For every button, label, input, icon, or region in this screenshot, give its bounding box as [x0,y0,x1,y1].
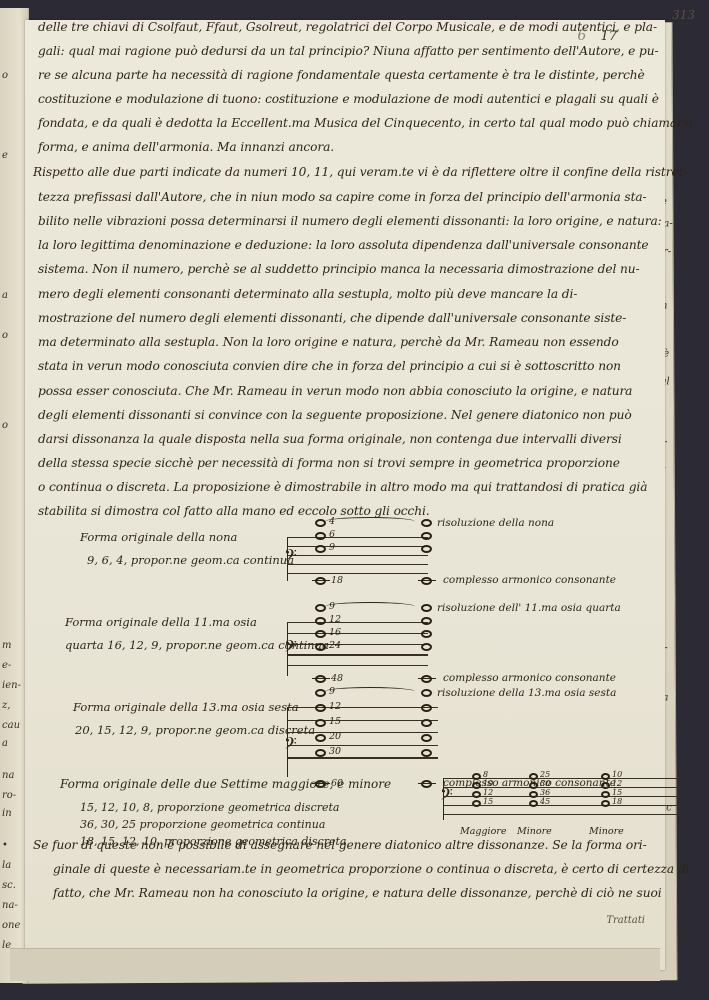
interval-number: 10 [483,779,493,788]
text-line: costituzione e modulazione di tuono: cos… [38,92,659,106]
interval-number: 12 [483,788,493,797]
text-line: stabilita si dimostra col fatto alla man… [38,504,430,518]
text-line: gali: qual mai ragione può dedursi da un… [38,44,658,58]
interval-number: 6 [329,529,335,540]
text-line: fatto, che Mr. Rameau non ha conosciuto … [53,886,662,900]
whole-note [315,617,326,625]
example-proportion: 9, 6, 4, propor.ne geom.ca continua [87,553,294,567]
whole-note [315,749,326,757]
whole-note [472,800,481,807]
catchword: Trattati [606,915,645,926]
whole-note [601,773,610,780]
whole-note [601,782,610,789]
tie-slur [325,517,415,526]
whole-note [421,630,432,638]
music-staff: 𝄢 [287,537,428,581]
left-margin-fragment: la [2,860,11,871]
interval-number: 12 [612,779,622,788]
whole-note [421,577,432,585]
example-title: Forma originale della 11.ma osia [65,615,257,629]
complex-number: 18 [331,575,343,586]
interval-number: 10 [612,770,622,779]
whole-note [315,630,326,638]
left-margin-fragment: e- [2,660,11,671]
whole-note [421,689,432,697]
left-margin-fragment: cau [2,720,20,731]
text-line: ginale di queste è necessariam.te in geo… [53,862,689,876]
staff-line [288,555,428,556]
alt-folio-number: 313 [672,8,695,22]
left-margin-fragment: ro- [2,790,16,801]
whole-note [315,577,326,585]
staff-line [288,573,428,574]
text-line: re se alcuna parte ha necessità di ragio… [38,68,645,82]
text-line: Rispetto alle due parti indicate da nume… [33,165,687,179]
sevenths-proportion-line: 36, 30, 25 proporzione geometrica contin… [80,818,325,831]
bass-clef-icon: 𝄢 [440,786,453,806]
complex-label: complesso armonico consonante [443,672,616,684]
whole-note [421,675,432,683]
whole-note [472,773,481,780]
whole-note [601,800,610,807]
interval-number: 8 [483,770,488,779]
staff-line [288,622,428,623]
interval-number: 20 [329,731,341,742]
left-margin-fragment: z, [2,700,10,711]
whole-note [315,532,326,540]
whole-note [315,734,326,742]
text-line: fondata, e da quali è dedotta la Eccelle… [38,116,693,130]
whole-note [421,719,432,727]
interval-number: 15 [329,716,341,727]
whole-note [529,800,538,807]
staff-line [288,564,428,565]
left-margin-fragment: ien- [2,680,21,691]
text-line: bilito nelle vibrazioni possa determinar… [38,214,662,228]
left-margin-fragment: m [2,640,11,651]
tie-slur [325,687,415,696]
tie-slur [325,602,415,611]
left-margin-fragment: a [2,738,8,749]
whole-note [315,704,326,712]
bass-clef-icon: 𝄢 [284,638,297,658]
whole-note [421,749,432,757]
whole-note [421,734,432,742]
whole-note [529,791,538,798]
staff-line [288,707,438,708]
interval-number: 12 [329,701,341,712]
text-line: la loro legittima denominazione e deduzi… [38,238,649,252]
whole-note [421,532,432,540]
left-margin-fragment: • [2,840,8,851]
text-line: della stessa specie sicchè per necessità… [38,456,620,470]
staff-line [288,665,428,666]
text-line: ma determinato alla sestupla. Non la lor… [38,335,619,349]
chord-label: Minore [589,826,624,837]
left-margin-fragment: a [2,290,8,301]
staff-line [288,633,428,634]
interval-number: 45 [540,797,550,806]
staff-line [288,644,428,645]
resolution-label: risoluzione della nona [437,517,554,529]
resolution-label: risoluzione dell' 11.ma osia quarta [437,602,621,614]
interval-number: 25 [540,770,550,779]
text-line: stata in verun modo conosciuta convien d… [38,359,621,373]
sevenths-proportion-line: 15, 12, 10, 8, proporzione geometrica di… [80,801,339,814]
interval-number: 18 [612,797,622,806]
whole-note [421,545,432,553]
whole-note [315,545,326,553]
music-staff: 𝄢 [287,622,428,676]
text-line: mostrazione del numero degli elementi di… [38,311,626,325]
whole-note [472,791,481,798]
complex-number: 48 [331,673,343,684]
left-margin-fragment: e [2,150,8,161]
interval-number: 30 [329,746,341,757]
left-margin-fragment: sc. [2,880,16,891]
sevenths-title: Forma originale delle due Settime maggio… [60,777,391,791]
whole-note [421,704,432,712]
example-title: Forma originale della 13.ma osia sesta [73,700,299,714]
interval-number: 12 [329,614,341,625]
left-margin-fragment: in [2,808,12,819]
left-margin-fragment: o [2,420,8,431]
whole-note [315,643,326,651]
interval-number: 24 [329,640,341,651]
staff-line [288,732,438,733]
text-line: Se fuor di queste non è possibile di ass… [33,838,647,852]
text-line: darsi dissonanza la quale disposta nella… [38,432,622,446]
example-proportion: 20, 15, 12, 9, propor.ne geom.ca discret… [75,723,315,737]
whole-note [421,780,432,788]
text-line: sistema. Non il numero, perchè se al sud… [38,262,640,276]
staff-line [288,654,428,655]
staff-line [288,720,438,721]
whole-note [472,782,481,789]
left-margin-fragment: na- [2,900,18,911]
manuscript-page: 6 17 delle tre chiavi di Csolfaut, Ffaut… [25,20,665,970]
staff-line [288,546,428,547]
staff-line [444,814,684,815]
whole-note [529,782,538,789]
complex-label: complesso armonico consonante [443,574,616,586]
staff-line [288,537,428,538]
text-line: degli elementi dissonanti si convince co… [38,408,632,422]
staff-line [288,745,438,746]
chord-label: Minore [517,826,552,837]
text-line: delle tre chiavi di Csolfaut, Ffaut, Gso… [38,20,657,34]
left-margin-fragment: one [2,920,20,931]
left-margin-fragment: o [2,70,8,81]
whole-note [529,773,538,780]
example-title: Forma originale della nona [80,530,237,544]
text-line: forma, e anima dell'armonia. Ma innanzi … [38,140,334,154]
interval-number: 15 [612,788,622,797]
text-line: o continua o discreta. La proposizione è… [38,480,647,494]
whole-note [601,791,610,798]
bass-clef-icon: 𝄢 [284,735,297,755]
whole-note [421,643,432,651]
whole-note [421,604,432,612]
interval-number: 36 [540,788,550,797]
whole-note [315,675,326,683]
left-margin-fragment: na [2,770,14,781]
interval-number: 9 [329,542,335,553]
whole-note [421,519,432,527]
staff-line [288,757,438,758]
interval-number: 15 [483,797,493,806]
whole-note [315,719,326,727]
text-line: tezza prefissasi dall'Autore, che in niu… [38,190,647,204]
interval-number: 30 [540,779,550,788]
interval-number: 16 [329,627,341,638]
whole-note [421,617,432,625]
text-line: possa esser conosciuta. Che Mr. Rameau i… [38,384,632,398]
left-margin-fragment: o [2,330,8,341]
resolution-label: risoluzione della 13.ma osia sesta [437,687,616,699]
bass-clef-icon: 𝄢 [284,547,297,567]
page-bottom-edge [10,948,660,981]
text-line: mero degli elementi consonanti determina… [38,287,577,301]
music-staff: 𝄢 [287,707,438,777]
chord-label: Maggiore [460,826,506,837]
